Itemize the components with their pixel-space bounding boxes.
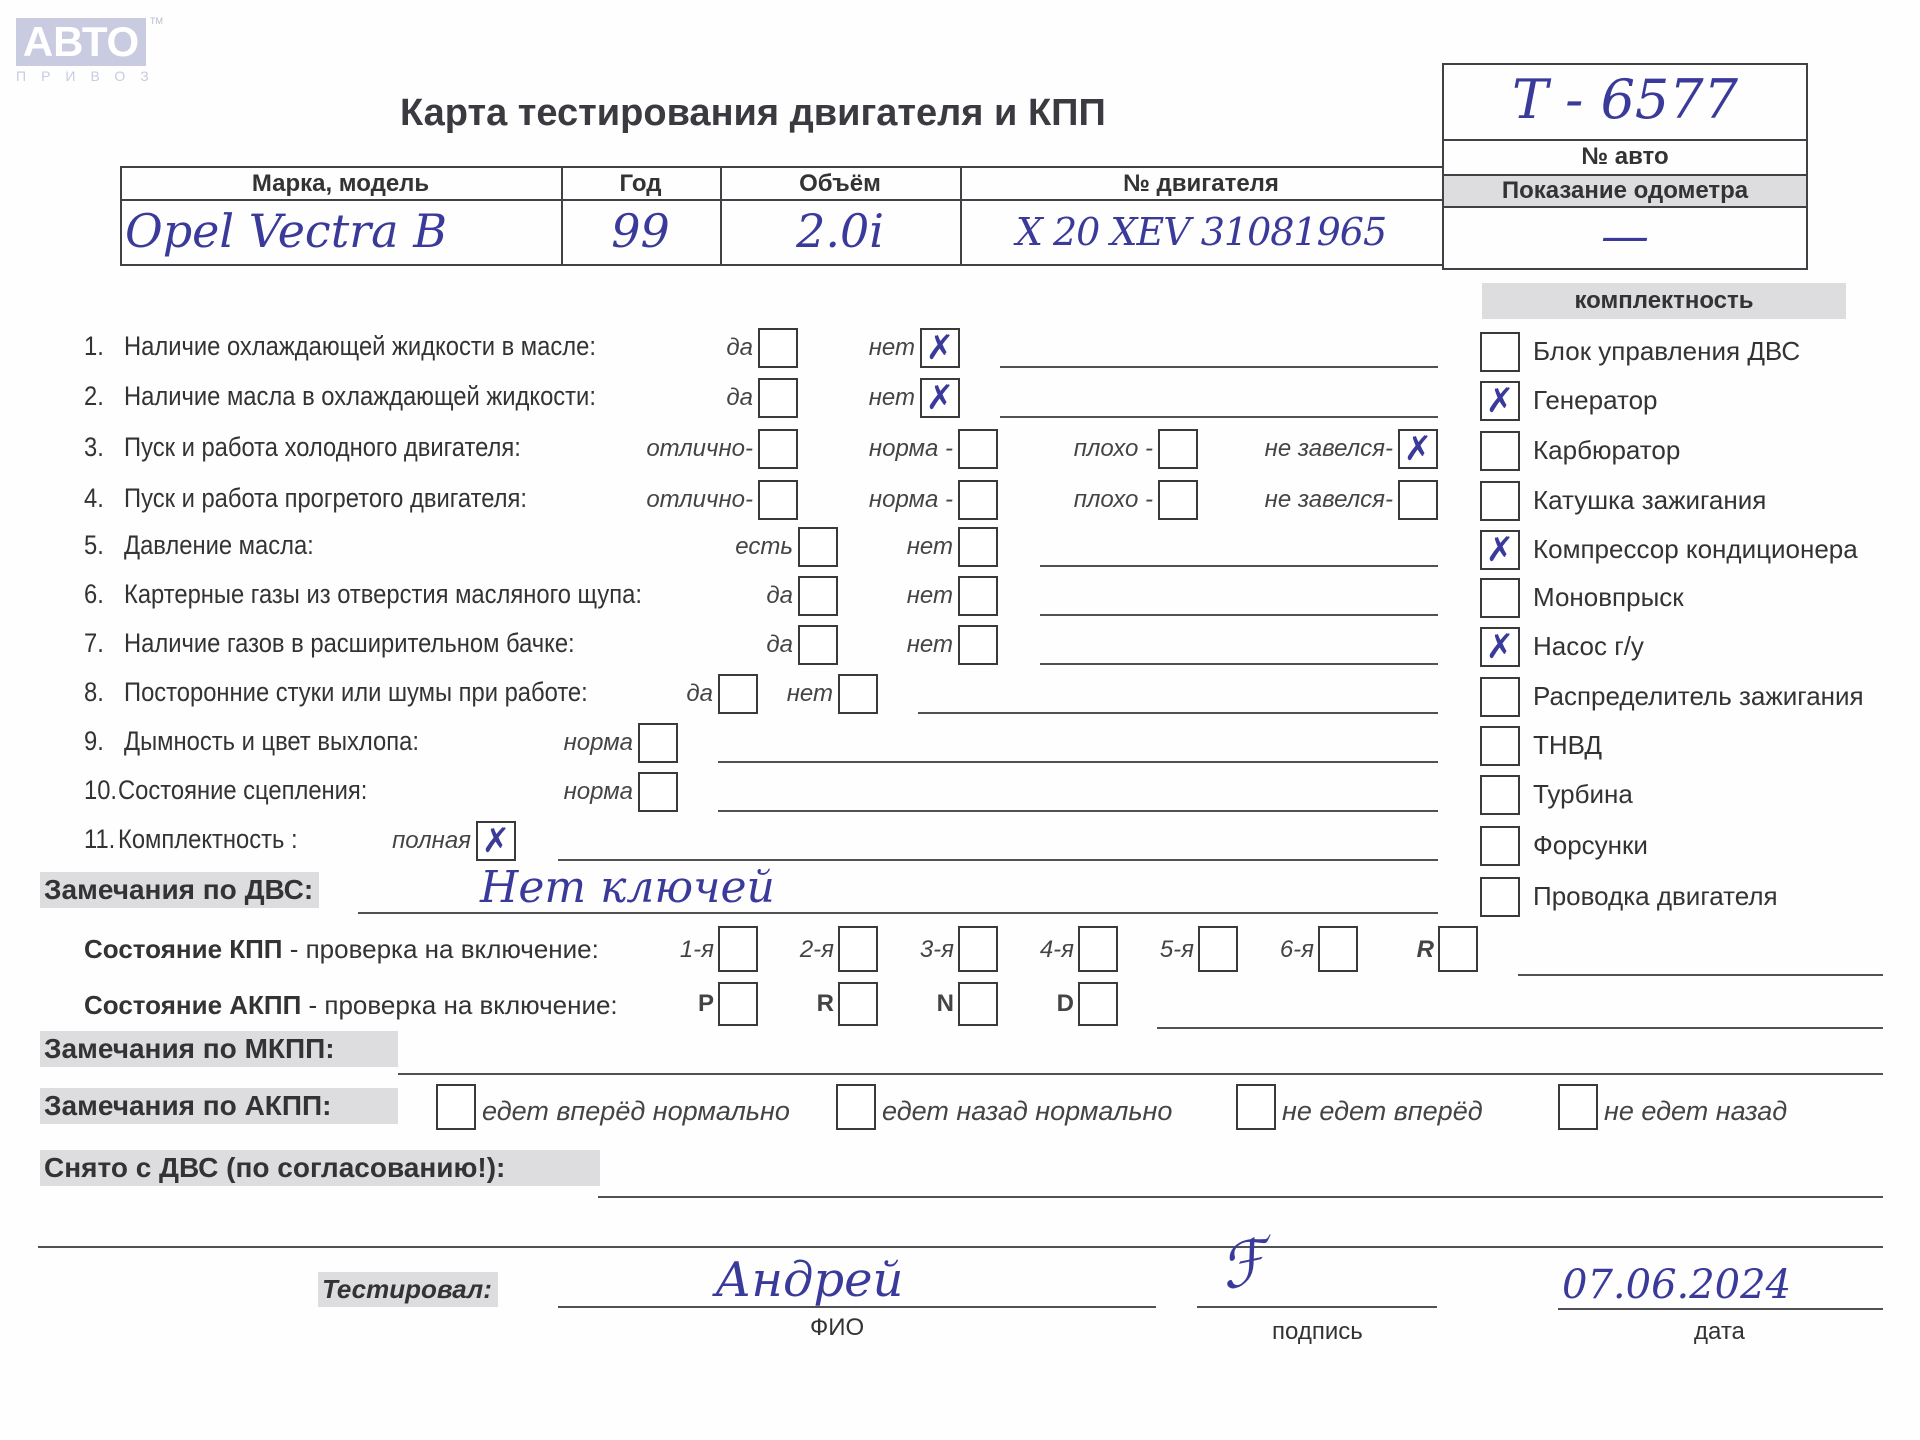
- option-label: нет: [798, 631, 953, 659]
- answer-line: [918, 712, 1438, 714]
- check-mark-icon: ✗: [1486, 630, 1515, 664]
- completeness-checkbox[interactable]: [1480, 431, 1520, 471]
- completeness-checkbox[interactable]: ✗: [1480, 381, 1520, 421]
- completeness-title: комплектность: [1482, 283, 1846, 319]
- gear-checkbox[interactable]: [1078, 982, 1118, 1026]
- gear-checkbox[interactable]: [958, 926, 998, 972]
- question-number: 7.: [84, 628, 104, 659]
- question-number: 2.: [84, 381, 104, 412]
- question-text: Состояние сцепления:: [118, 775, 367, 806]
- question-text: Пуск и работа прогретого двигателя:: [124, 483, 527, 514]
- check-mark-icon: ✗: [1486, 533, 1515, 567]
- manual-gearbox-line: [1518, 974, 1883, 976]
- column-header-make-model: Марка, модель: [120, 170, 561, 198]
- option-label: не завелся-: [1238, 435, 1393, 463]
- option-label: нет: [760, 384, 915, 412]
- question-number: 3.: [84, 432, 104, 463]
- option-checkbox[interactable]: [1158, 480, 1198, 520]
- option-label: отлично-: [598, 435, 753, 463]
- auto-remarks-label: Замечания по АКПП:: [40, 1088, 398, 1124]
- engine-remarks-value[interactable]: Нет ключей: [480, 862, 775, 913]
- manual-gearbox-caption: - проверка на включение:: [283, 934, 599, 964]
- option-label: отлично-: [598, 486, 753, 514]
- gear-checkbox[interactable]: [838, 926, 878, 972]
- logo: АВТО: [16, 18, 146, 66]
- option-checkbox[interactable]: [638, 723, 678, 763]
- option-label: есть: [638, 533, 793, 561]
- tested-by-label: Тестировал:: [318, 1272, 498, 1307]
- completeness-checkbox[interactable]: [1480, 826, 1520, 866]
- extra-line: [38, 1246, 1883, 1248]
- removed-label: Снято с ДВС (по согласованию!):: [40, 1150, 600, 1186]
- car-number-value[interactable]: Т - 6577: [1470, 68, 1780, 131]
- logo-subtitle: ПРИВОЗ: [16, 68, 164, 84]
- option-checkbox[interactable]: ✗: [1398, 429, 1438, 469]
- removed-line: [598, 1196, 1883, 1198]
- completeness-checkbox[interactable]: [1480, 481, 1520, 521]
- auto-remark-checkbox[interactable]: [436, 1084, 476, 1130]
- make-model-value[interactable]: Opel Vectra B: [125, 204, 555, 258]
- option-label: плохо -: [998, 486, 1153, 514]
- gear-checkbox[interactable]: [958, 982, 998, 1026]
- question-text: Пуск и работа холодного двигателя:: [124, 432, 521, 463]
- completeness-item-label: Карбюратор: [1533, 435, 1680, 466]
- completeness-checkbox[interactable]: [1480, 332, 1520, 372]
- option-label: нет: [678, 680, 833, 708]
- completeness-checkbox[interactable]: ✗: [1480, 530, 1520, 570]
- logo-trademark: TM: [150, 16, 163, 26]
- check-mark-icon: ✗: [926, 331, 955, 365]
- option-checkbox[interactable]: [638, 772, 678, 812]
- option-checkbox[interactable]: [758, 429, 798, 469]
- name-caption: ФИО: [810, 1314, 864, 1342]
- answer-line: [1040, 565, 1438, 567]
- odometer-label: Показание одометра: [1444, 176, 1806, 206]
- date-caption: дата: [1694, 1318, 1745, 1346]
- gear-label: R: [788, 990, 834, 1018]
- option-label: да: [638, 582, 793, 610]
- option-checkbox[interactable]: [758, 480, 798, 520]
- name-line: [558, 1306, 1156, 1308]
- question-number: 9.: [84, 726, 104, 757]
- gear-label: 6-я: [1238, 936, 1314, 964]
- manual-remarks-line: [398, 1073, 1883, 1075]
- completeness-item-label: Генератор: [1533, 385, 1658, 416]
- question-text: Комплектность :: [118, 824, 298, 855]
- option-label: да: [638, 631, 793, 659]
- option-checkbox[interactable]: [958, 576, 998, 616]
- completeness-checkbox[interactable]: [1480, 677, 1520, 717]
- question-text: Картерные газы из отверстия масляного щу…: [124, 579, 642, 610]
- option-label: норма -: [798, 435, 953, 463]
- question-number: 10.: [84, 775, 117, 806]
- answer-line: [1000, 416, 1438, 418]
- gear-checkbox[interactable]: [718, 982, 758, 1026]
- engine-number-value[interactable]: X 20 XEV 31081965: [962, 210, 1440, 254]
- signature-caption: подпись: [1272, 1318, 1363, 1346]
- question-text: Посторонние стуки или шумы при работе:: [124, 677, 588, 708]
- engine-remarks-label: Замечания по ДВС:: [40, 872, 319, 908]
- auto-gearbox-caption: - проверка на включение:: [301, 990, 617, 1020]
- test-date[interactable]: 07.06.2024: [1562, 1262, 1791, 1308]
- auto-remark-checkbox[interactable]: [1558, 1084, 1598, 1130]
- gear-checkbox[interactable]: [1438, 926, 1478, 972]
- answer-line: [1000, 366, 1438, 368]
- option-label: норма: [478, 778, 633, 806]
- check-mark-icon: ✗: [1404, 432, 1433, 466]
- answer-line: [718, 761, 1438, 763]
- gear-label: 1-я: [638, 936, 714, 964]
- auto-remark-label: не едет назад: [1604, 1096, 1787, 1127]
- completeness-checkbox[interactable]: [1480, 726, 1520, 766]
- option-checkbox[interactable]: [958, 625, 998, 665]
- divider: [120, 199, 1442, 201]
- question-text: Дымность и цвет выхлопа:: [124, 726, 419, 757]
- column-header-volume: Объём: [720, 170, 960, 198]
- gear-label: P: [668, 990, 714, 1018]
- check-mark-icon: ✗: [1486, 384, 1515, 418]
- gear-label: R: [1358, 936, 1434, 964]
- odometer-value[interactable]: —: [1442, 208, 1808, 264]
- gear-checkbox[interactable]: [1078, 926, 1118, 972]
- option-label: норма -: [798, 486, 953, 514]
- option-label: да: [598, 384, 753, 412]
- manual-remarks-label: Замечания по МКПП:: [40, 1031, 398, 1067]
- auto-remark-checkbox[interactable]: [836, 1084, 876, 1130]
- question-number: 6.: [84, 579, 104, 610]
- question-text: Наличие газов в расширительном бачке:: [124, 628, 575, 659]
- check-mark-icon: ✗: [482, 824, 511, 858]
- gear-checkbox[interactable]: [1318, 926, 1358, 972]
- signature[interactable]: ℱ: [1213, 1226, 1274, 1304]
- column-header-year: Год: [561, 170, 720, 198]
- option-checkbox[interactable]: ✗: [920, 378, 960, 418]
- completeness-checkbox[interactable]: [1480, 578, 1520, 618]
- question-number: 8.: [84, 677, 104, 708]
- option-checkbox[interactable]: [1398, 480, 1438, 520]
- engine-remarks-line: [358, 912, 1438, 914]
- completeness-item-label: ТНВД: [1533, 730, 1602, 761]
- option-checkbox[interactable]: [958, 527, 998, 567]
- auto-remark-checkbox[interactable]: [1236, 1084, 1276, 1130]
- option-checkbox[interactable]: [958, 480, 998, 520]
- option-label: полная: [316, 827, 471, 855]
- auto-remark-label: едет вперёд нормально: [482, 1096, 790, 1127]
- completeness-item-label: Компрессор кондиционера: [1533, 534, 1858, 565]
- question-number: 4.: [84, 483, 104, 514]
- question-number: 5.: [84, 530, 104, 561]
- manual-gearbox-title: Состояние КПП: [84, 934, 283, 964]
- check-mark-icon: ✗: [926, 381, 955, 415]
- question-text: Наличие охлаждающей жидкости в масле:: [124, 331, 596, 362]
- completeness-checkbox[interactable]: [1480, 877, 1520, 917]
- signature-line: [1197, 1306, 1437, 1308]
- date-line: [1558, 1308, 1883, 1310]
- gear-checkbox[interactable]: [718, 926, 758, 972]
- completeness-checkbox[interactable]: ✗: [1480, 627, 1520, 667]
- option-checkbox[interactable]: ✗: [920, 328, 960, 368]
- completeness-item-label: Распределитель зажигания: [1533, 681, 1864, 712]
- question-text: Наличие масла в охлаждающей жидкости:: [124, 381, 596, 412]
- gear-label: 4-я: [998, 936, 1074, 964]
- divider: [1442, 139, 1808, 141]
- option-label: да: [598, 334, 753, 362]
- answer-line: [1040, 614, 1438, 616]
- answer-line: [1040, 663, 1438, 665]
- gear-checkbox[interactable]: [1198, 926, 1238, 972]
- completeness-item-label: Катушка зажигания: [1533, 485, 1766, 516]
- option-checkbox[interactable]: [958, 429, 998, 469]
- auto-gearbox-label: Состояние АКПП - проверка на включение:: [84, 990, 618, 1021]
- gear-label: D: [1028, 990, 1074, 1018]
- answer-line: [558, 859, 1438, 861]
- gear-checkbox[interactable]: [838, 982, 878, 1026]
- gear-label: 3-я: [878, 936, 954, 964]
- completeness-item-label: Блок управления ДВС: [1533, 336, 1800, 367]
- gear-label: 2-я: [758, 936, 834, 964]
- page-title: Карта тестирования двигателя и КПП: [400, 92, 1106, 135]
- option-label: нет: [760, 334, 915, 362]
- option-label: плохо -: [998, 435, 1153, 463]
- completeness-item-label: Моновпрыск: [1533, 582, 1684, 613]
- gear-label: N: [908, 990, 954, 1018]
- option-checkbox[interactable]: [838, 674, 878, 714]
- year-value[interactable]: 99: [561, 204, 720, 258]
- manual-gearbox-label: Состояние КПП - проверка на включение:: [84, 934, 599, 965]
- auto-gearbox-title: Состояние АКПП: [84, 990, 301, 1020]
- question-text: Давление масла:: [124, 530, 314, 561]
- question-number: 11.: [84, 824, 115, 855]
- completeness-item-label: Форсунки: [1533, 830, 1648, 861]
- option-label: нет: [798, 582, 953, 610]
- option-checkbox[interactable]: ✗: [476, 821, 516, 861]
- question-number: 1.: [84, 331, 104, 362]
- option-label: нет: [798, 533, 953, 561]
- auto-gearbox-line: [1157, 1027, 1883, 1029]
- completeness-checkbox[interactable]: [1480, 775, 1520, 815]
- completeness-item-label: Турбина: [1533, 779, 1633, 810]
- option-label: норма: [478, 729, 633, 757]
- car-number-label: № авто: [1442, 143, 1808, 171]
- volume-value[interactable]: 2.0i: [720, 204, 960, 258]
- column-header-engine-number: № двигателя: [960, 170, 1442, 198]
- completeness-item-label: Насос г/у: [1533, 631, 1644, 662]
- auto-remark-label: не едет вперёд: [1282, 1096, 1483, 1127]
- option-label: не завелся-: [1238, 486, 1393, 514]
- answer-line: [718, 810, 1438, 812]
- auto-remark-label: едет назад нормально: [882, 1096, 1172, 1127]
- option-checkbox[interactable]: [1158, 429, 1198, 469]
- completeness-item-label: Проводка двигателя: [1533, 881, 1778, 912]
- tester-name[interactable]: Андрей: [715, 1252, 903, 1308]
- gear-label: 5-я: [1118, 936, 1194, 964]
